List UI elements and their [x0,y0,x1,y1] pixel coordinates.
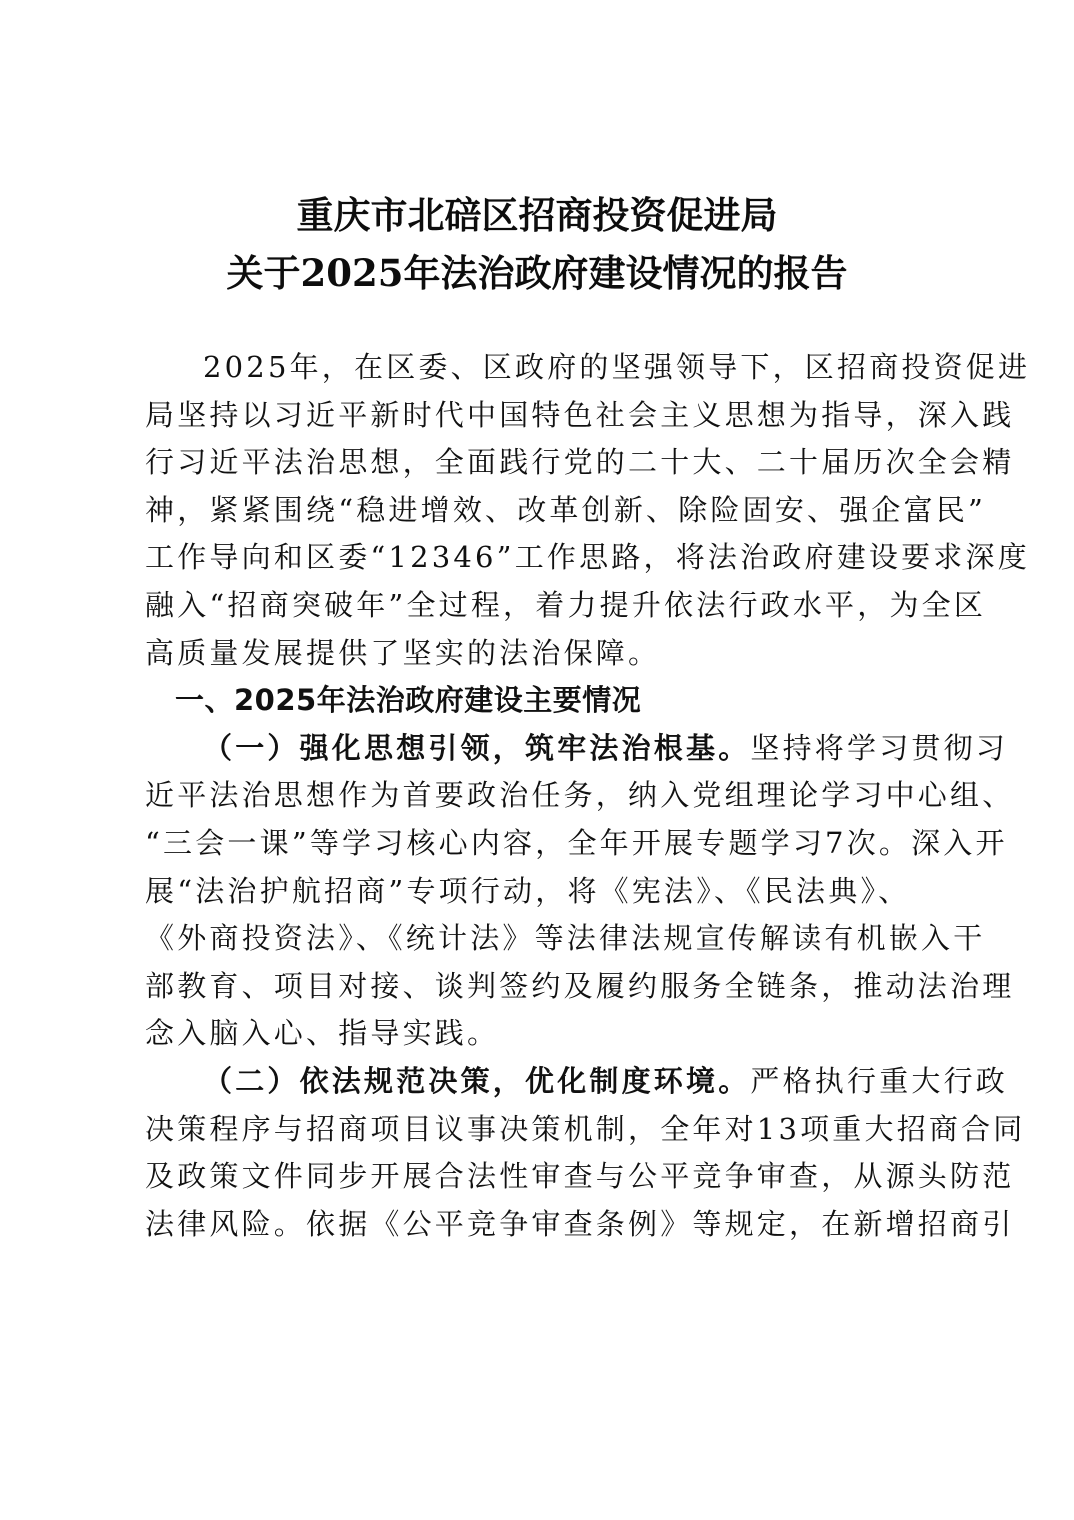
text-line: 行习近平法治思想，全面践行党的二十大、二十届历次全会精 [145,439,941,487]
text-line: 部教育、项目对接、谈判签约及履约服务全链条，推动法治理 [145,963,941,1011]
text-fragment: 坚持将学习贯彻习 [750,731,1008,765]
document-title: 重庆市北碚区招商投资促进局 关于2025年法治政府建设情况的报告 [0,186,1074,302]
section-heading-1: 一、2025年法治政府建设主要情况 [145,677,941,725]
title-line-2: 关于2025年法治政府建设情况的报告 [0,244,1074,302]
subsection-2-title: （二）依法规范决策，优化制度环境。 [203,1064,750,1098]
text-line: 局坚持以习近平新时代中国特色社会主义思想为指导，深入践 [145,392,941,440]
text-fragment: 严格执行重大行政 [750,1064,1008,1098]
text-line: 念入脑入心、指导实践。 [145,1010,941,1058]
text-line: 神，紧紧围绕“稳进增效、改革创新、除险固安、强企富民” [145,487,941,535]
text-line: 及政策文件同步开展合法性审查与公平竞争审查，从源头防范 [145,1153,941,1201]
title-line-1: 重庆市北碚区招商投资促进局 [0,186,1074,244]
text-line: 《外商投资法》、《统计法》等法律法规宣传解读有机嵌入干 [145,915,941,963]
text-line: “三会一课”等学习核心内容，全年开展专题学习7次。深入开 [145,820,941,868]
text-line: 融入“招商突破年”全过程，着力提升依法行政水平，为全区 [145,582,941,630]
text-line: 法律风险。依据《公平竞争审查条例》等规定，在新增招商引 [145,1201,941,1249]
text-line: 决策程序与招商项目议事决策机制，全年对13项重大招商合同 [145,1106,941,1154]
subsection-2-paragraph: （二）依法规范决策，优化制度环境。严格执行重大行政 决策程序与招商项目议事决策机… [145,1058,941,1248]
text-line: （二）依法规范决策，优化制度环境。严格执行重大行政 [145,1058,941,1106]
subsection-1-paragraph: （一）强化思想引领，筑牢法治根基。坚持将学习贯彻习 近平法治思想作为首要政治任务… [145,725,941,1058]
subsection-1-title: （一）强化思想引领，筑牢法治根基。 [203,731,750,765]
document-body: 2025年，在区委、区政府的坚强领导下，区招商投资促进 局坚持以习近平新时代中国… [145,344,941,1248]
text-line: （一）强化思想引领，筑牢法治根基。坚持将学习贯彻习 [145,725,941,773]
text-line: 展“法治护航招商”专项行动，将《宪法》、《民法典》、 [145,868,941,916]
text-line: 工作导向和区委“12346”工作思路，将法治政府建设要求深度 [145,534,941,582]
document-page: 重庆市北碚区招商投资促进局 关于2025年法治政府建设情况的报告 2025年，在… [0,0,1074,1520]
text-line: 2025年，在区委、区政府的坚强领导下，区招商投资促进 [145,344,941,392]
text-line: 近平法治思想作为首要政治任务，纳入党组理论学习中心组、 [145,772,941,820]
intro-paragraph: 2025年，在区委、区政府的坚强领导下，区招商投资促进 局坚持以习近平新时代中国… [145,344,941,677]
text-line: 高质量发展提供了坚实的法治保障。 [145,630,941,678]
